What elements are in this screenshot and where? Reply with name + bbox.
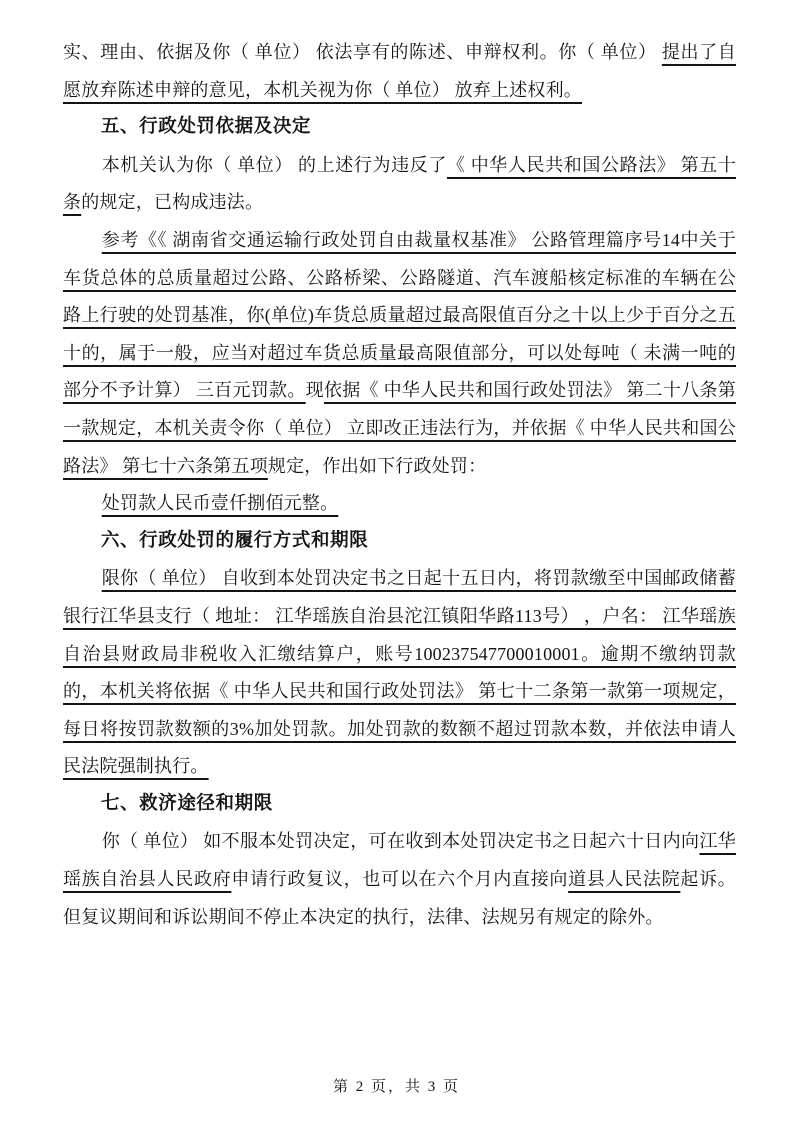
section5-heading: 五、行政处罚依据及决定 [63, 109, 736, 147]
underlined-text-run: 处罚款人民币壹仟捌佰元整。 [102, 493, 339, 513]
section7-heading: 七、救济途径和期限 [63, 786, 736, 824]
text-run: 你（ 单位） 如不服本处罚决定，可在收到本处罚决定书之日起六十日内向 [102, 831, 700, 851]
document-body: 实、理由、依据及你（ 单位） 依法享有的陈述、申辩权利。你（ 单位） 提出了自愿… [63, 34, 736, 936]
text-run: 规定，作出如下行政处罚： [268, 456, 486, 476]
section5-paragraph-3-penalty-amount: 处罚款人民币壹仟捌佰元整。 [63, 485, 736, 523]
underlined-text-run: 道县人民法院 [568, 869, 680, 889]
text-run: 的规定，已构成违法。 [81, 192, 263, 212]
section5-paragraph-1: 本机关认为你（ 单位） 的上述行为违反了《 中华人民共和国公路法》 第五十条的规… [63, 147, 736, 222]
text-run: 实、理由、依据及你（ 单位） 依法享有的陈述、申辩权利。你（ 单位） [63, 42, 662, 62]
section5-paragraph-2: 参考《《 湖南省交通运输行政处罚自由裁量权基准》 公路管理篇序号14中关于车货总… [63, 222, 736, 485]
document-page: 实、理由、依据及你（ 单位） 依法享有的陈述、申辩权利。你（ 单位） 提出了自愿… [0, 0, 793, 1122]
text-run: 本机关认为你（ 单位） 的上述行为违反了 [102, 155, 447, 175]
underlined-text-run: 限你（ 单位） 自收到本处罚决定书之日起十五日内，将罚款缴至中国邮政储蓄银行江华… [63, 568, 736, 776]
text-run: 申请行政复议，也可以在六个月内直接向 [231, 869, 568, 889]
paragraph-continuation: 实、理由、依据及你（ 单位） 依法享有的陈述、申辩权利。你（ 单位） 提出了自愿… [63, 34, 736, 109]
section7-paragraph-1: 你（ 单位） 如不服本处罚决定，可在收到本处罚决定书之日起六十日内向江华瑶族自治… [63, 823, 736, 936]
section6-paragraph-1: 限你（ 单位） 自收到本处罚决定书之日起十五日内，将罚款缴至中国邮政储蓄银行江华… [63, 560, 736, 786]
page-number-footer: 第 2 页，共 3 页 [0, 1075, 793, 1096]
section6-heading: 六、行政处罚的履行方式和期限 [63, 523, 736, 561]
underlined-text-run: 参考《《 湖南省交通运输行政处罚自由裁量权基准》 公路管理篇序号14中关于车货总… [63, 230, 736, 400]
text-run: 现 [306, 380, 324, 400]
